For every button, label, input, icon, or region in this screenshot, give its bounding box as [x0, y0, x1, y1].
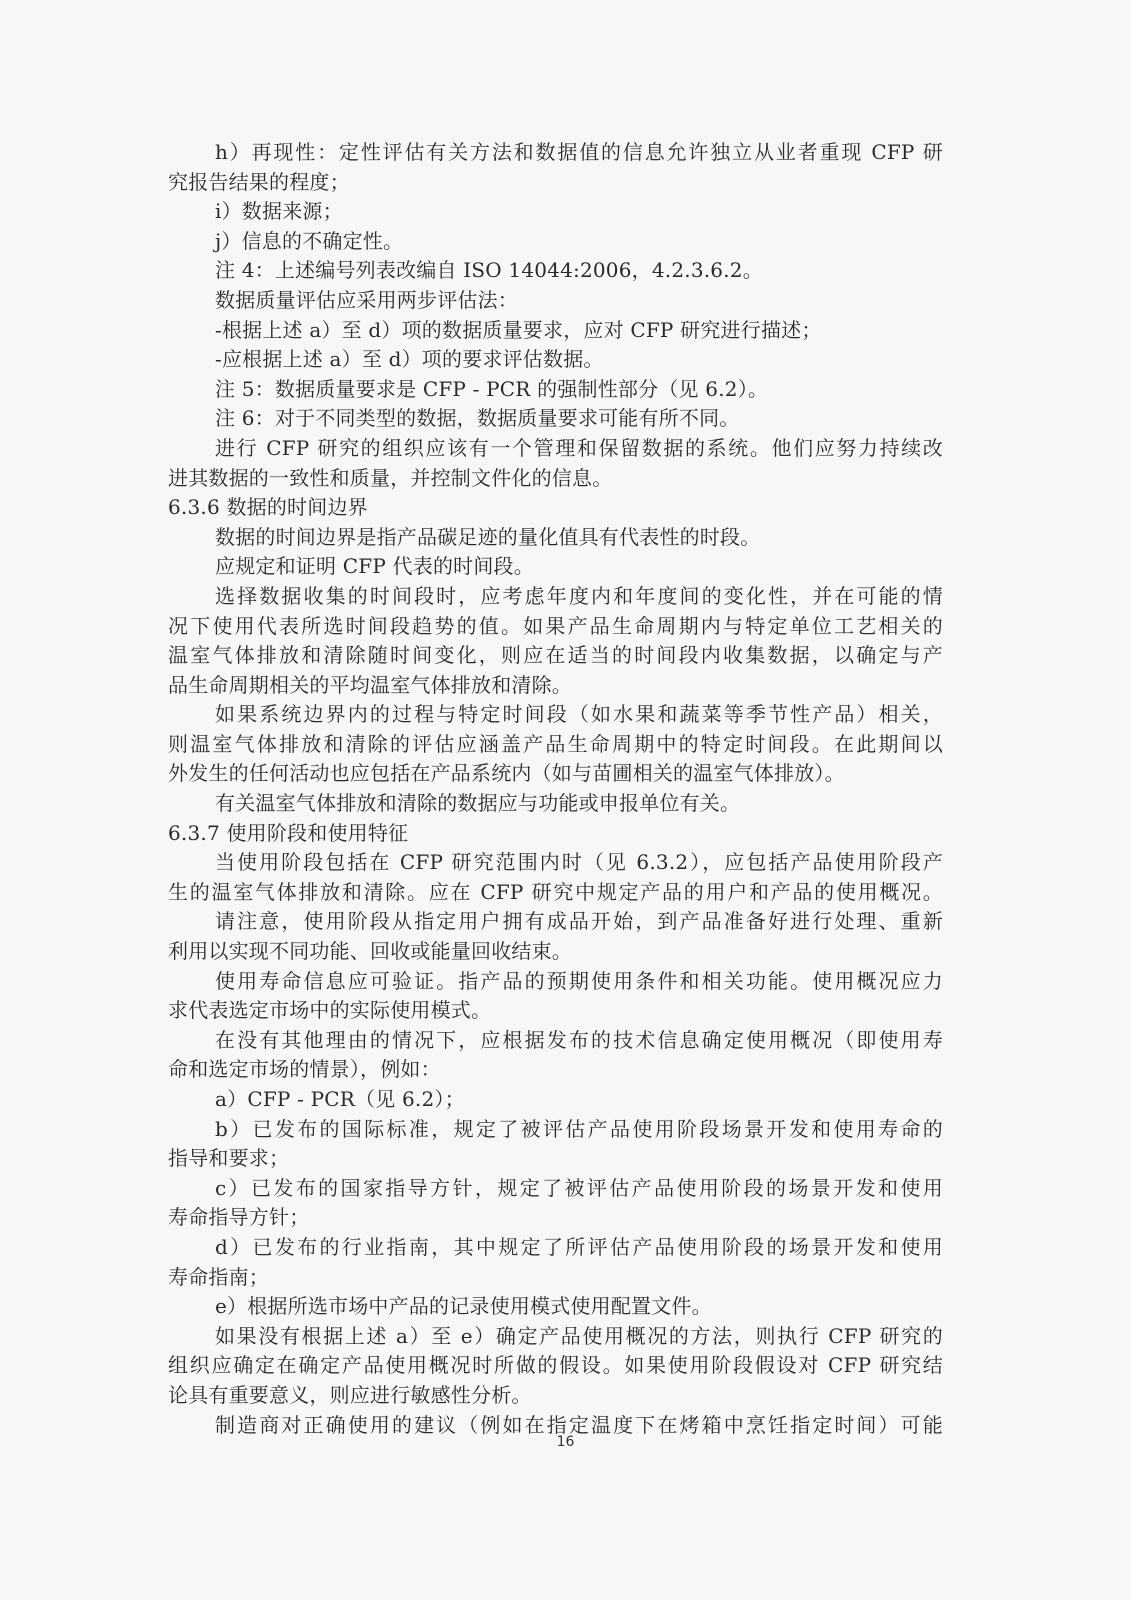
text-line: 品生命周期相关的平均温室气体排放和清除。 [168, 671, 943, 701]
text-line: h）再现性：定性评估有关方法和数据值的信息允许独立从业者重现 CFP 研 [168, 138, 943, 168]
text-line: 数据的时间边界是指产品碳足迹的量化值具有代表性的时段。 [168, 523, 943, 553]
text-line: 则温室气体排放和清除的评估应涵盖产品生命周期中的特定时间段。在此期间以 [168, 730, 943, 760]
text-line: d）已发布的行业指南，其中规定了所评估产品使用阶段的场景开发和使用 [168, 1233, 943, 1263]
text-line: 请注意，使用阶段从指定用户拥有成品开始，到产品准备好进行处理、重新 [168, 907, 943, 937]
text-line: 注 5：数据质量要求是 CFP - PCR 的强制性部分（见 6.2）。 [168, 375, 943, 405]
text-line: 如果系统边界内的过程与特定时间段（如水果和蔬菜等季节性产品）相关， [168, 700, 943, 730]
text-line: a）CFP - PCR（见 6.2）； [168, 1085, 943, 1115]
text-line: 有关温室气体排放和清除的数据应与功能或申报单位有关。 [168, 789, 943, 819]
text-line: 生的温室气体排放和清除。应在 CFP 研究中规定产品的用户和产品的使用概况。 [168, 878, 943, 908]
text-line: 在没有其他理由的情况下，应根据发布的技术信息确定使用概况（即使用寿 [168, 1026, 943, 1056]
text-line: 寿命指导方针； [168, 1203, 943, 1233]
text-line: j）信息的不确定性。 [168, 227, 943, 257]
text-line: 指导和要求； [168, 1144, 943, 1174]
text-line: -应根据上述 a）至 d）项的要求评估数据。 [168, 345, 943, 375]
text-line: 利用以实现不同功能、回收或能量回收结束。 [168, 937, 943, 967]
text-line: 进行 CFP 研究的组织应该有一个管理和保留数据的系统。他们应努力持续改 [168, 434, 943, 464]
text-line: i）数据来源； [168, 197, 943, 227]
text-line: 组织应确定在确定产品使用概况时所做的假设。如果使用阶段假设对 CFP 研究结 [168, 1351, 943, 1381]
text-line: 选择数据收集的时间段时，应考虑年度内和年度间的变化性，并在可能的情 [168, 582, 943, 612]
page-number: 16 [0, 1434, 1131, 1450]
text-line: 况下使用代表所选时间段趋势的值。如果产品生命周期内与特定单位工艺相关的 [168, 612, 943, 642]
text-line: 数据质量评估应采用两步评估法： [168, 286, 943, 316]
text-line: 求代表选定市场中的实际使用模式。 [168, 996, 943, 1026]
text-line: 温室气体排放和清除随时间变化，则应在适当的时间段内收集数据，以确定与产 [168, 641, 943, 671]
text-line: 使用寿命信息应可验证。指产品的预期使用条件和相关功能。使用概况应力 [168, 967, 943, 997]
text-line: 注 4：上述编号列表改编自 ISO 14044:2006，4.2.3.6.2。 [168, 256, 943, 286]
text-line: 注 6：对于不同类型的数据，数据质量要求可能有所不同。 [168, 404, 943, 434]
text-line: 论具有重要意义，则应进行敏感性分析。 [168, 1381, 943, 1411]
text-line: 如果没有根据上述 a）至 e）确定产品使用概况的方法，则执行 CFP 研究的 [168, 1322, 943, 1352]
text-line: -根据上述 a）至 d）项的数据质量要求，应对 CFP 研究进行描述； [168, 316, 943, 346]
text-line: 应规定和证明 CFP 代表的时间段。 [168, 552, 943, 582]
section-heading: 6.3.7 使用阶段和使用特征 [168, 819, 943, 849]
text-line: 究报告结果的程度； [168, 168, 943, 198]
text-line: c）已发布的国家指导方针，规定了被评估产品使用阶段的场景开发和使用 [168, 1174, 943, 1204]
text-line: 命和选定市场的情景），例如： [168, 1055, 943, 1085]
text-line: e）根据所选市场中产品的记录使用模式使用配置文件。 [168, 1292, 943, 1322]
text-line: 外发生的任何活动也应包括在产品系统内（如与苗圃相关的温室气体排放）。 [168, 759, 943, 789]
text-line: 寿命指南； [168, 1263, 943, 1293]
document-body: h）再现性：定性评估有关方法和数据值的信息允许独立从业者重现 CFP 研究报告结… [168, 138, 943, 1440]
text-line: 进其数据的一致性和质量，并控制文件化的信息。 [168, 464, 943, 494]
text-line: 当使用阶段包括在 CFP 研究范围内时（见 6.3.2），应包括产品使用阶段产 [168, 848, 943, 878]
section-heading: 6.3.6 数据的时间边界 [168, 493, 943, 523]
text-line: b）已发布的国际标准，规定了被评估产品使用阶段场景开发和使用寿命的 [168, 1115, 943, 1145]
